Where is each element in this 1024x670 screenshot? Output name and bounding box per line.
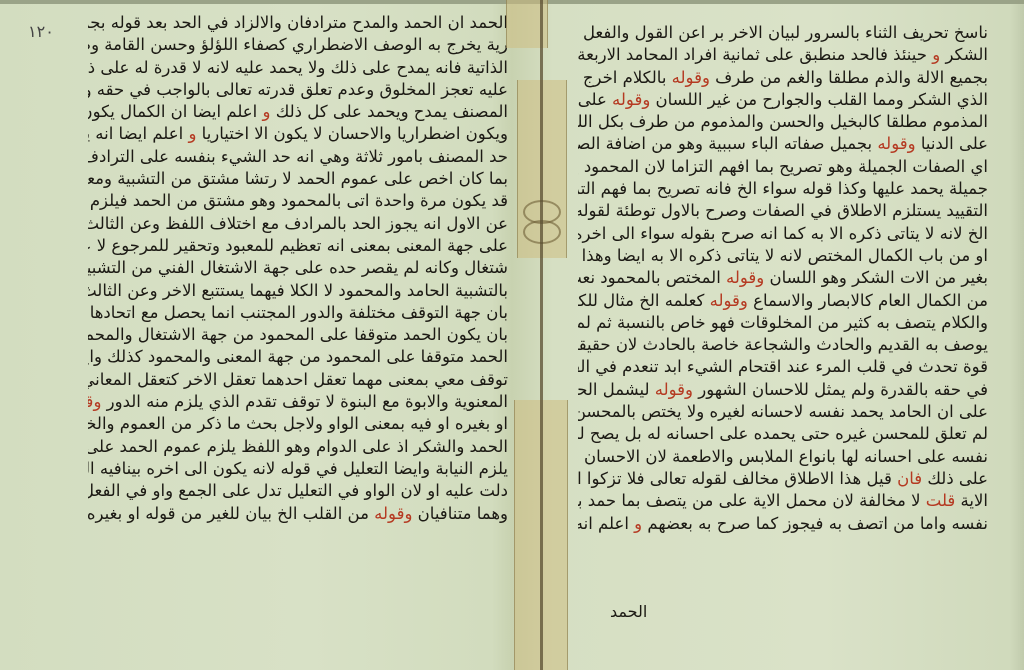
rubric-word: و	[927, 45, 940, 64]
manuscript-line: بجميع الالة والذم مطلقا والغم من طرف وقو…	[578, 67, 988, 89]
line-text: الشكر	[940, 45, 988, 64]
manuscript-line: نفسه واما من اتصف به فيجوز كما صرح به بع…	[578, 513, 988, 535]
line-text: شتغال وكانه لم يقصر حده على جهة الاشتغال…	[88, 258, 508, 277]
line-text: من القلب الخ بيان للغير من قوله او بغيره	[88, 504, 369, 523]
manuscript-line: بغير من الات الشكر وهو اللسان وقوله المخ…	[578, 267, 988, 289]
line-text: رية يخرج به الوصف الاضطراري كصفاء اللؤلؤ…	[88, 35, 508, 54]
line-text: قيل هذا الاطلاق مخالف لقوله تعالى فلا تز…	[578, 469, 892, 488]
rubric-word: فان	[892, 469, 922, 488]
folio-number: ١٢٠	[28, 22, 54, 41]
line-text: بالتشبية الحامد والمحمود لا الكلا فيهما …	[88, 281, 508, 300]
line-text: قد يكون مرة واحدة اتى بالمحمود وهو مشتق …	[88, 191, 508, 210]
line-text: كعلمه الخ مثال للكمال الخاص لا مادام	[578, 291, 704, 310]
manuscript-line: شتغال وكانه لم يقصر حده على جهة الاشتغال…	[88, 257, 508, 279]
line-text: او من باب الكمال المختص لانه لا يتاتى ذك…	[578, 246, 988, 265]
line-text: اعلم ايضا ان الكمال يكون اختيارا	[88, 102, 257, 121]
line-text: ناسخ تحريف الثناء بالسرور لبيان الاخر بر…	[578, 23, 988, 42]
line-text: من الكمال العام كالابصار والاسماع	[748, 291, 988, 310]
line-text: يلزم النيابة وايضا التعليل في قوله لانه …	[88, 459, 508, 478]
manuscript-line: المصنف يمدح ويحمد على كل ذلك و اعلم ايضا…	[88, 101, 508, 123]
line-text: المذموم مطلقا كالبخيل والحسن والمذموم من…	[578, 112, 988, 131]
manuscript-line: من الكمال العام كالابصار والاسماع وقوله …	[578, 290, 988, 312]
line-text: حينئذ فالحد منطبق على ثمانية افراد المحا…	[578, 45, 927, 64]
manuscript-line: يوصف به القديم والحادث والشجاعة خاصة بال…	[578, 334, 988, 356]
line-text: حد المصنف بامور ثلاثة وهي انه حد الشيء ب…	[88, 147, 508, 166]
line-text: اي الصفات الجميلة وهو تصريح بما افهم الت…	[578, 157, 988, 176]
line-text: المصنف يمدح ويحمد على كل ذلك	[270, 102, 508, 121]
gutter-fold	[540, 0, 543, 670]
line-text: الحمد ان الحمد والمدح مترادفان والالزاد …	[88, 13, 508, 32]
manuscript-line: الحمد والشكر اذ على الدوام وهو اللفظ يلز…	[88, 436, 508, 458]
manuscript-line: الحمد متوقفا على المحمود من جهة المعنى و…	[88, 346, 508, 368]
line-text: بما كان اخص على عموم الحمد لا رتشا مشتق …	[88, 169, 508, 188]
manuscript-line: توقف معي بمعنى مهما تعقل احدهما تعقل الا…	[88, 369, 508, 391]
line-text: جميلة يحمد عليها وكذا قوله سواء الخ فانه…	[578, 179, 988, 198]
manuscript-line: رية يخرج به الوصف الاضطراري كصفاء اللؤلؤ…	[88, 34, 508, 56]
line-text: المعنوية والابوة مع البنوة لا توقف تقدم …	[101, 392, 508, 411]
catchword: الحمد	[610, 602, 647, 621]
manuscript-line: المذموم مطلقا كالبخيل والحسن والمذموم من…	[578, 111, 988, 133]
line-text: وهما متنافيان	[412, 504, 508, 523]
line-text: بغير من الات الشكر وهو اللسان	[764, 268, 988, 287]
line-text: الخ لانه لا يتاتى ذكره الا به كما انه صر…	[578, 224, 988, 243]
left-text-block: الحمد ان الحمد والمدح مترادفان والالزاد …	[88, 12, 508, 525]
manuscript-line: قوة تحدث في قلب المرء عند اقتحام الشيء ا…	[578, 356, 988, 378]
line-text: ليشمل الحمد الخ يدل	[578, 380, 650, 399]
line-text: على جهة المعنى بمعنى انه تعظيم للمعبود و…	[88, 236, 508, 255]
manuscript-line: الاية قلت لا مخالفة لان محمل الاية على م…	[578, 490, 988, 512]
line-text: لم تعلق للمحسن غيره حتى يحمده على احسانه…	[578, 424, 988, 443]
line-text: على ذلك	[922, 469, 988, 488]
line-text: بجميل صفاته الباء سببية وهو من اضافة الص…	[578, 134, 872, 153]
manuscript-line: جميلة يحمد عليها وكذا قوله سواء الخ فانه…	[578, 178, 988, 200]
line-text: قوة تحدث في قلب المرء عند اقتحام الشيء ا…	[578, 357, 988, 376]
right-text-block: ناسخ تحريف الثناء بالسرور لبيان الاخر بر…	[578, 22, 988, 535]
rubric-word: قلت	[921, 491, 956, 510]
line-text: الاية	[955, 491, 988, 510]
line-text: ويكون اضطراريا والاحسان لا يكون الا اختي…	[196, 124, 508, 143]
manuscript-line: دلت عليه او لان الواو في التعليل تدل على…	[88, 480, 508, 502]
manuscript-line: عليه تعجز المخلوق وعدم تعلق قدرته تعالى …	[88, 79, 508, 101]
manuscript-line: والكلام يتصف به كثير من المخلوقات فهو خا…	[578, 312, 988, 334]
manuscript-line: بان جهة التوقف مختلفة والدور المجتنب انم…	[88, 302, 508, 324]
line-text: الذاتية فانه يمدح على ذلك ولا يحمد عليه …	[88, 58, 508, 77]
line-text: الحمد والشكر اذ على الدوام وهو اللفظ يلز…	[88, 437, 508, 456]
line-text: اعلم ايضا انه يعترض على	[88, 124, 183, 143]
page-edge-shadow	[1010, 0, 1024, 670]
manuscript-line: لم تعلق للمحسن غيره حتى يحمده على احسانه…	[578, 423, 988, 445]
manuscript-line: بما كان اخص على عموم الحمد لا رتشا مشتق …	[88, 168, 508, 190]
line-text: بان جهة التوقف مختلفة والدور المجتنب انم…	[88, 303, 508, 322]
manuscript-line: على ان الحامد يحمد نفسه لاحسانه لغيره ول…	[578, 401, 988, 423]
rubric-word: و	[183, 124, 196, 143]
line-text: بان يكون الحمد متوقفا على المحمود من جهة…	[88, 325, 508, 344]
line-text: والكلام يتصف به كثير من المخلوقات فهو خا…	[578, 313, 988, 332]
line-text: توقف معي بمعنى مهما تعقل احدهما تعقل الا…	[88, 370, 508, 389]
manuscript-line: الذي الشكر ومما القلب والجوارح من غير ال…	[578, 89, 988, 111]
manuscript-line: قد يكون مرة واحدة اتى بالمحمود وهو مشتق …	[88, 190, 508, 212]
rubric-word: و	[257, 102, 270, 121]
line-text: عليه تعجز المخلوق وعدم تعلق قدرته تعالى …	[88, 80, 508, 99]
manuscript-line: يلزم النيابة وايضا التعليل في قوله لانه …	[88, 458, 508, 480]
manuscript-line: المعنوية والابوة مع البنوة لا توقف تقدم …	[88, 391, 508, 413]
rubric-word: وقوله	[650, 380, 694, 399]
rubric-word: وقوله	[88, 392, 101, 411]
manuscript-line: على جهة المعنى بمعنى انه تعظيم للمعبود و…	[88, 235, 508, 257]
right-page: ناسخ تحريف الثناء بالسرور لبيان الاخر بر…	[540, 0, 1024, 670]
manuscript-line: التقييد يستلزم الاطلاق في الصفات وصرح با…	[578, 200, 988, 222]
rubric-word: و	[629, 514, 642, 533]
line-text: التقييد يستلزم الاطلاق في الصفات وصرح با…	[578, 201, 988, 220]
line-text: عن الاول انه يجوز الحد بالمرادف مع اختلا…	[88, 214, 508, 233]
line-text: على الدنيا	[916, 134, 988, 153]
manuscript-line: اي الصفات الجميلة وهو تصريح بما افهم الت…	[578, 156, 988, 178]
manuscript-line: ويكون اضطراريا والاحسان لا يكون الا اختي…	[88, 123, 508, 145]
manuscript-line: الخ لانه لا يتاتى ذكره الا به كما انه صر…	[578, 223, 988, 245]
line-text: على المحمود اخرج به	[578, 90, 607, 109]
line-text: في حقه بالقدرة ولم يمثل للاحسان الشهور	[693, 380, 988, 399]
rubric-word: وقوله	[607, 90, 651, 109]
manuscript-line: بان يكون الحمد متوقفا على المحمود من جهة…	[88, 324, 508, 346]
line-text: اعلم انه يوخذ من هذا	[578, 514, 629, 533]
manuscript-line: حد المصنف بامور ثلاثة وهي انه حد الشيء ب…	[88, 146, 508, 168]
line-text: لا مخالفة لان محمل الاية على من يتصف بما…	[578, 491, 921, 510]
manuscript-line: الشكر و حينئذ فالحد منطبق على ثمانية افر…	[578, 44, 988, 66]
manuscript-line: في حقه بالقدرة ولم يمثل للاحسان الشهور و…	[578, 379, 988, 401]
line-text: او بغيره او فيه بمعنى الواو ولاجل بحث ما…	[88, 414, 508, 433]
manuscript-line: على الدنيا وقوله بجميل صفاته الباء سببية…	[578, 133, 988, 155]
rubric-word: وقوله	[872, 134, 916, 153]
manuscript-line: نفسه على احسانه لها بانواع الملابس والاط…	[578, 446, 988, 468]
manuscript-line: او بغيره او فيه بمعنى الواو ولاجل بحث ما…	[88, 413, 508, 435]
line-text: الحمد متوقفا على المحمود من جهة المعنى و…	[88, 347, 508, 366]
manuscript-spread: ١٢٠ الحمد ان الحمد والمدح مترادفان والال…	[0, 0, 1024, 670]
manuscript-line: الحمد ان الحمد والمدح مترادفان والالزاد …	[88, 12, 508, 34]
rubric-word: وقوله	[721, 268, 765, 287]
manuscript-line: ناسخ تحريف الثناء بالسرور لبيان الاخر بر…	[578, 22, 988, 44]
manuscript-line: بالتشبية الحامد والمحمود لا الكلا فيهما …	[88, 280, 508, 302]
line-text: نفسه واما من اتصف به فيجوز كما صرح به بع…	[642, 514, 988, 533]
rubric-word: وقوله	[704, 291, 748, 310]
line-text: بالكلام اخرج به النعم من	[578, 68, 666, 87]
line-text: نفسه على احسانه لها بانواع الملابس والاط…	[578, 447, 988, 466]
rubric-word: وقوله	[369, 504, 413, 523]
line-text: بجميع الالة والذم مطلقا والغم من طرف	[710, 68, 988, 87]
line-text: على ان الحامد يحمد نفسه لاحسانه لغيره ول…	[578, 402, 988, 421]
manuscript-line: عن الاول انه يجوز الحد بالمرادف مع اختلا…	[88, 213, 508, 235]
line-text: المختص بالمحمود نعت للكمال احترز به	[578, 268, 721, 287]
line-text: الذي الشكر ومما القلب والجوارح من غير ال…	[650, 90, 988, 109]
rubric-word: وقوله	[666, 68, 710, 87]
line-text: دلت عليه او لان الواو في التعليل تدل على…	[88, 481, 508, 500]
manuscript-line: وهما متنافيان وقوله من القلب الخ بيان لل…	[88, 503, 508, 525]
left-page: ١٢٠ الحمد ان الحمد والمدح مترادفان والال…	[0, 0, 515, 670]
manuscript-line: او من باب الكمال المختص لانه لا يتاتى ذك…	[578, 245, 988, 267]
line-text: يوصف به القديم والحادث والشجاعة خاصة بال…	[578, 335, 988, 354]
manuscript-line: الذاتية فانه يمدح على ذلك ولا يحمد عليه …	[88, 57, 508, 79]
manuscript-line: على ذلك فان قيل هذا الاطلاق مخالف لقوله …	[578, 468, 988, 490]
